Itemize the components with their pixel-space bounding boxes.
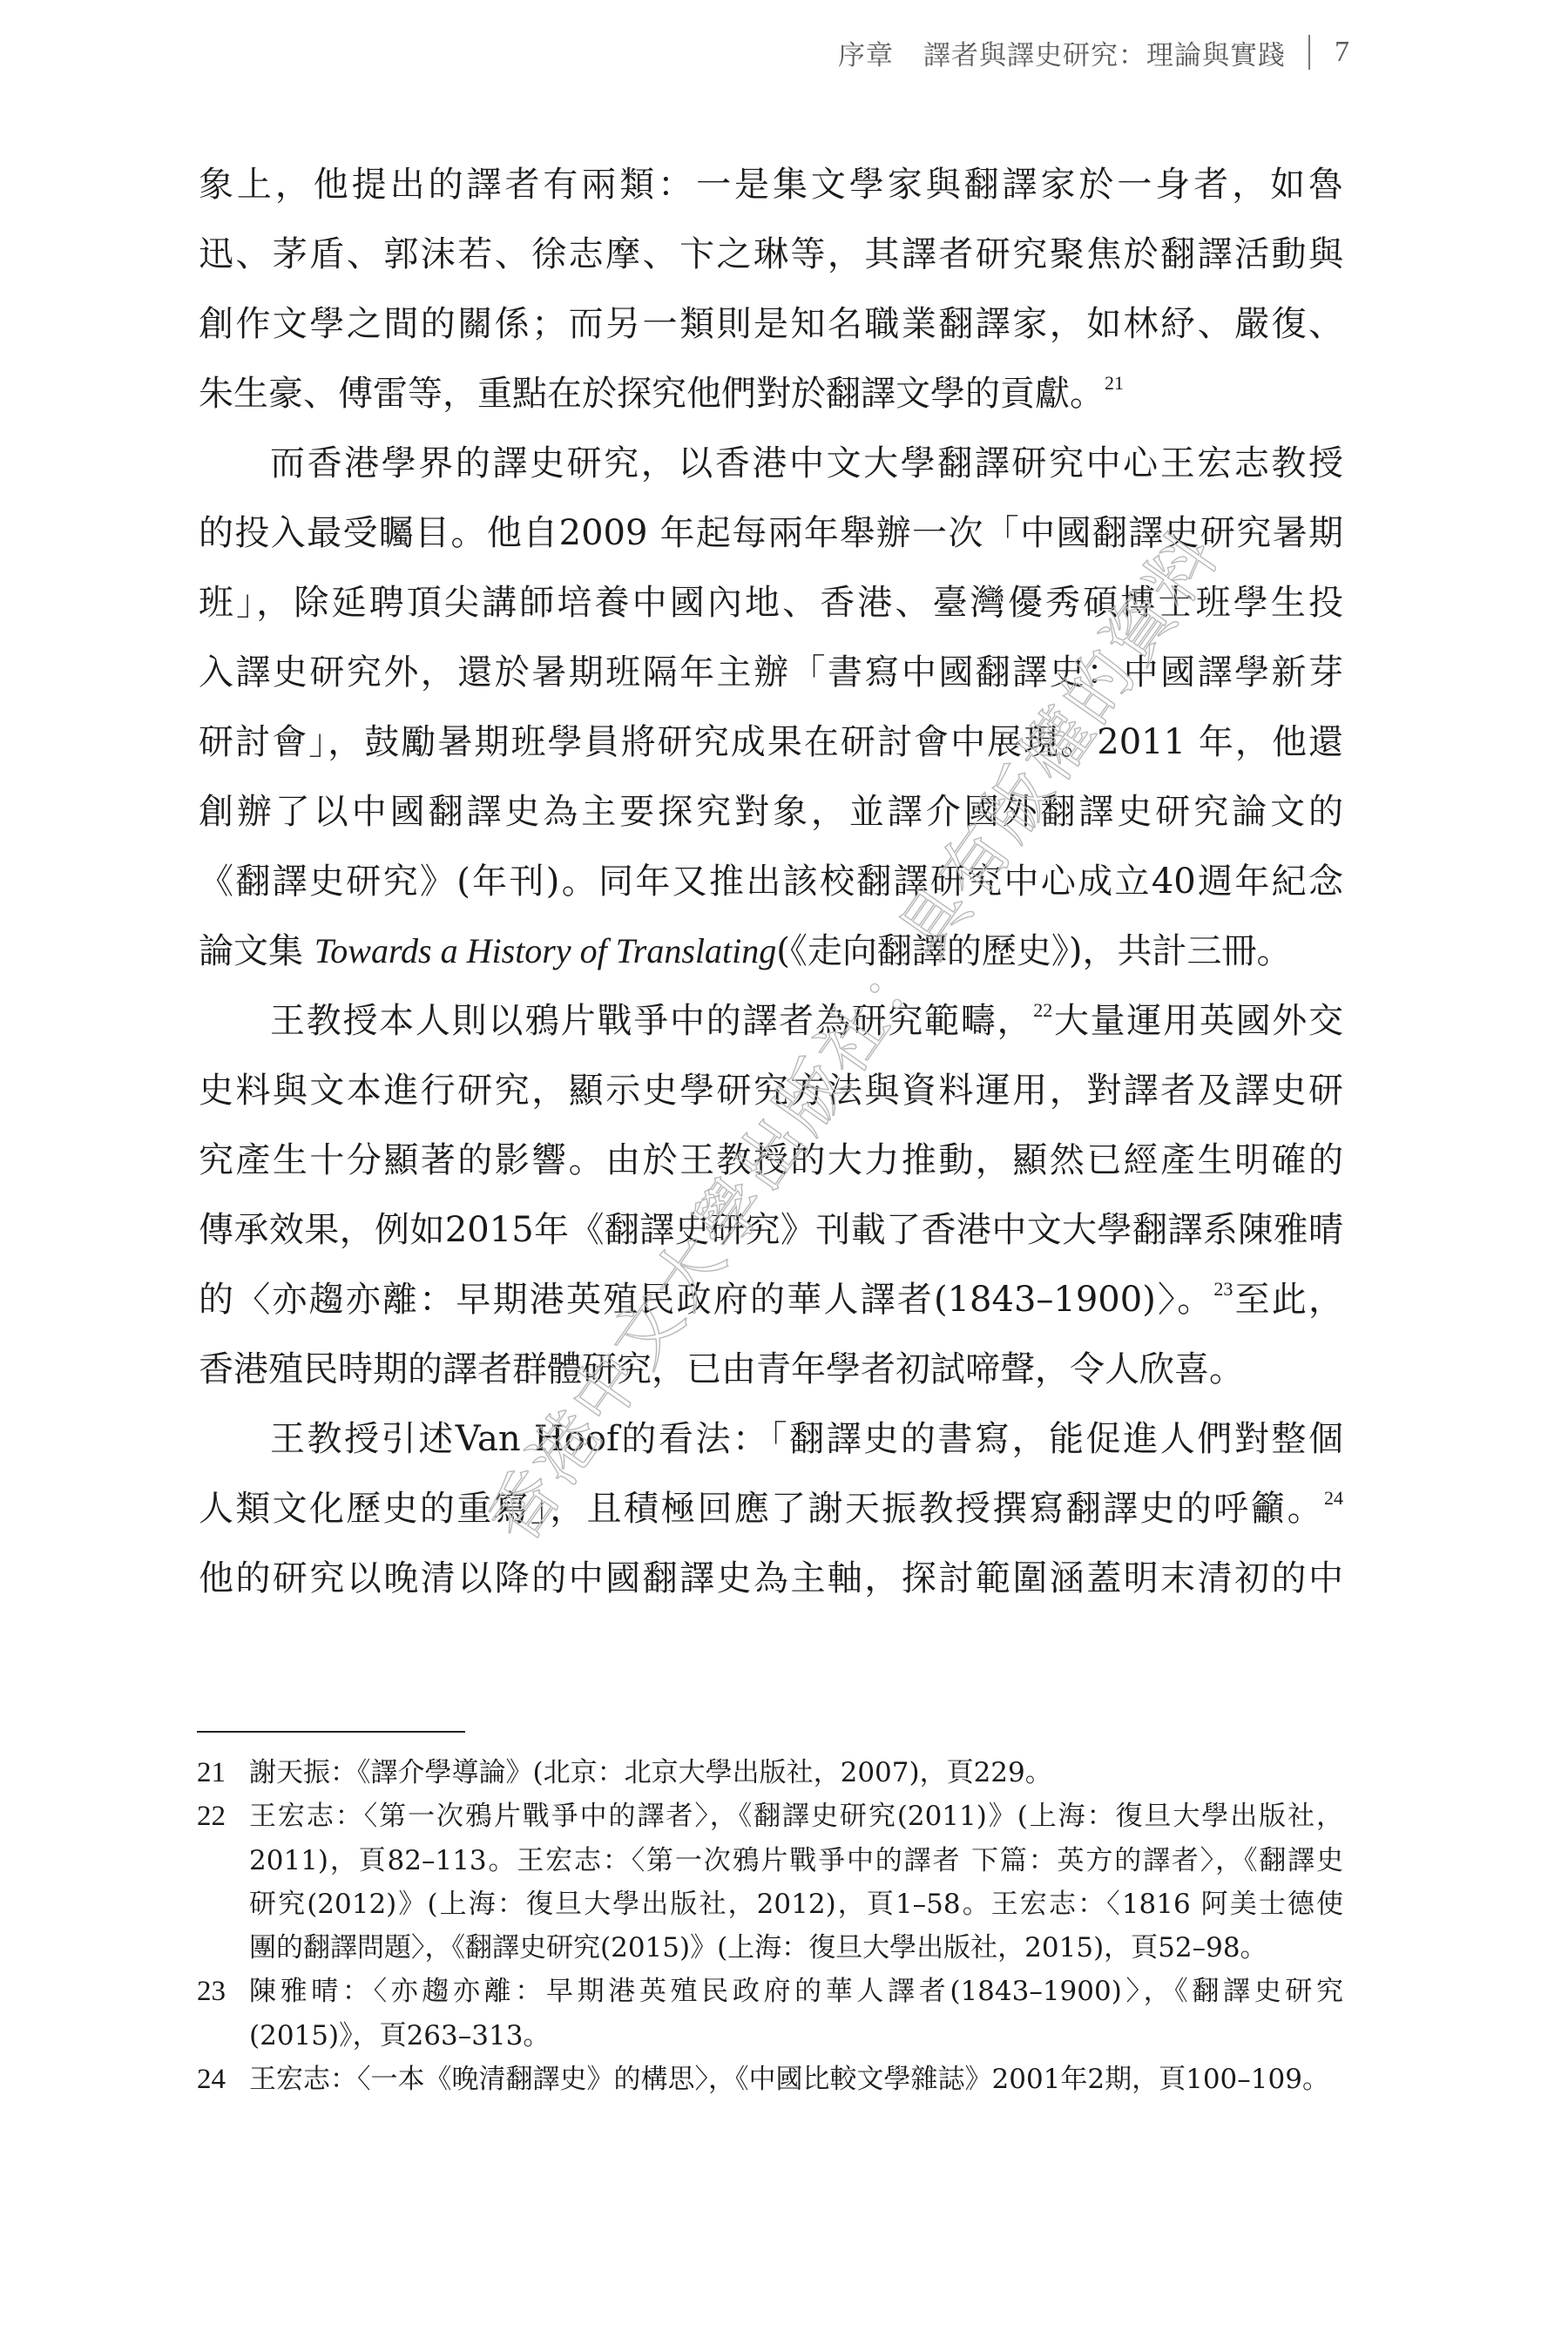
body-line-text: 史料與文本進行研究，顯示史學研究方法與資料運用，對譯者及譯史研 (199, 1071, 1343, 1111)
footnote-text: 團的翻譯問題〉，《翻譯史研究(2015)》(上海：復旦大學出版社，2015)，頁… (249, 1926, 1343, 1970)
running-head-chapter: 序章 (838, 33, 894, 72)
body-line: 香港殖民時期的譯者群體研究，已由青年學者初試啼聲，令人欣喜。 (199, 1335, 1343, 1404)
body-line: 創辦了以中國翻譯史為主要探究對象，並譯介國外翻譯史研究論文的 (199, 777, 1343, 847)
body-line: 研討會」，鼓勵暑期班學員將研究成果在研討會中展現。2011 年，他還 (199, 707, 1343, 777)
body-line: 班」，除延聘頂尖講師培養中國內地、香港、臺灣優秀碩博士班學生投 (199, 568, 1343, 638)
footnote-number: 21 (197, 1751, 240, 1794)
body-line-text: 至此， (1233, 1280, 1343, 1320)
footnote-text: (2015)》，頁263–313。 (249, 2014, 1343, 2058)
body-line-text: 朱生豪、傅雷等，重點在於探究他們對於翻譯文學的貢獻。 (199, 374, 1105, 414)
body-line-text: 研討會」，鼓勵暑期班學員將研究成果在研討會中展現。2011 年，他還 (199, 722, 1343, 762)
body-line-text: 王教授本人則以鴉片戰爭中的譯者為研究範疇， (270, 1001, 1033, 1041)
body-line-text: 創辦了以中國翻譯史為主要探究對象，並譯介國外翻譯史研究論文的 (199, 792, 1343, 832)
body-line: 迅、茅盾、郭沫若、徐志摩、卞之琳等，其譯者研究聚焦於翻譯活動與 (199, 220, 1343, 289)
footnote-text: 王宏志：〈一本《晚清翻譯史》的構思〉，《中國比較文學雜誌》2001年2期，頁10… (249, 2058, 1343, 2101)
footnotes: 21謝天振：《譯介學導論》(北京：北京大學出版社，2007)，頁229。22王宏… (197, 1751, 1343, 2101)
body-line-text: 《翻譯史研究》(年刊)。同年又推出該校翻譯研究中心成立40週年紀念 (199, 862, 1343, 902)
running-head-divider (1308, 35, 1310, 70)
body-line: 入譯史研究外，還於暑期班隔年主辦「書寫中國翻譯史：中國譯學新芽 (199, 638, 1343, 707)
footnote-number: 24 (197, 2058, 240, 2101)
body-line-text: 的〈亦趨亦離：早期港英殖民政府的華人譯者(1843–1900)〉。 (199, 1280, 1213, 1320)
body-line: 朱生豪、傅雷等，重點在於探究他們對於翻譯文學的貢獻。21 (199, 359, 1343, 429)
body-line-text: 論文集 (199, 931, 314, 971)
body-line-text: (《走向翻譯的歷史》)，共計三冊。 (776, 931, 1291, 971)
body-line: 他的研究以晚清以降的中國翻譯史為主軸，探討範圍涵蓋明末清初的中 (199, 1544, 1343, 1613)
body-line: 王教授引述Van Hoof的看法：「翻譯史的書寫，能促進人們對整個 (199, 1404, 1343, 1474)
body-line: 究產生十分顯著的影響。由於王教授的大力推動，顯然已經產生明確的 (199, 1125, 1343, 1195)
footnote-text: 陳雅晴：〈亦趨亦離：早期港英殖民政府的華人譯者(1843–1900)〉，《翻譯史… (249, 1970, 1343, 2013)
body-text: 象上，他提出的譯者有兩類：一是集文學家與翻譯家於一身者，如魯迅、茅盾、郭沫若、徐… (199, 150, 1343, 1613)
footnote-ref[interactable]: 23 (1213, 1278, 1233, 1300)
body-line: 象上，他提出的譯者有兩類：一是集文學家與翻譯家於一身者，如魯 (199, 150, 1343, 220)
body-line: 的〈亦趨亦離：早期港英殖民政府的華人譯者(1843–1900)〉。23至此， (199, 1265, 1343, 1335)
running-head: 序章 譯者與譯史研究：理論與實踐 7 (838, 33, 1350, 71)
body-line: 王教授本人則以鴉片戰爭中的譯者為研究範疇，22大量運用英國外交 (199, 986, 1343, 1056)
body-line-text: 大量運用英國外交 (1052, 1001, 1343, 1041)
book-title-italic: Towards a History of Translating (314, 931, 777, 970)
footnote-21: 21謝天振：《譯介學導論》(北京：北京大學出版社，2007)，頁229。 (197, 1751, 1343, 1794)
body-line: 《翻譯史研究》(年刊)。同年又推出該校翻譯研究中心成立40週年紀念 (199, 847, 1343, 916)
footnote-text: 研究(2012)》(上海：復旦大學出版社，2012)，頁1–58。王宏志：〈18… (249, 1882, 1343, 1926)
body-line: 傳承效果，例如2015年《翻譯史研究》刊載了香港中文大學翻譯系陳雅晴 (199, 1195, 1343, 1265)
body-line-text: 迅、茅盾、郭沫若、徐志摩、卞之琳等，其譯者研究聚焦於翻譯活動與 (199, 234, 1343, 274)
body-line-text: 王教授引述Van Hoof的看法：「翻譯史的書寫，能促進人們對整個 (270, 1419, 1343, 1459)
body-line-text: 班」，除延聘頂尖講師培養中國內地、香港、臺灣優秀碩博士班學生投 (199, 583, 1343, 623)
footnote-ref[interactable]: 21 (1105, 372, 1124, 394)
body-line-text: 香港殖民時期的譯者群體研究，已由青年學者初試啼聲，令人欣喜。 (199, 1349, 1244, 1389)
footnote-text: 王宏志：〈第一次鴉片戰爭中的譯者〉，《翻譯史研究(2011)》(上海：復旦大學出… (249, 1794, 1343, 1838)
running-head-title: 譯者與譯史研究：理論與實踐 (923, 33, 1286, 72)
footnote-rule (197, 1731, 465, 1733)
page-number: 7 (1335, 36, 1350, 69)
body-line-text: 傳承效果，例如2015年《翻譯史研究》刊載了香港中文大學翻譯系陳雅晴 (199, 1210, 1343, 1250)
footnote-number: 23 (197, 1970, 240, 2013)
footnote-23: 23陳雅晴：〈亦趨亦離：早期港英殖民政府的華人譯者(1843–1900)〉，《翻… (197, 1970, 1343, 2058)
body-line: 創作文學之間的關係；而另一類則是知名職業翻譯家，如林紓、嚴復、 (199, 289, 1343, 359)
body-line-text: 人類文化歷史的重寫」，且積極回應了謝天振教授撰寫翻譯史的呼籲。 (199, 1489, 1324, 1529)
footnote-ref[interactable]: 22 (1033, 999, 1052, 1021)
footnote-text: 2011)，頁82–113。王宏志：〈第一次鴉片戰爭中的譯者 下篇：英方的譯者〉… (249, 1839, 1343, 1882)
body-line: 論文集 Towards a History of Translating(《走向… (199, 916, 1343, 986)
body-line-text: 的投入最受矚目。他自2009 年起每兩年舉辦一次「中國翻譯史研究暑期 (199, 513, 1343, 553)
body-line-text: 究產生十分顯著的影響。由於王教授的大力推動，顯然已經產生明確的 (199, 1140, 1343, 1180)
body-line-text: 入譯史研究外，還於暑期班隔年主辦「書寫中國翻譯史：中國譯學新芽 (199, 652, 1343, 693)
body-line: 人類文化歷史的重寫」，且積極回應了謝天振教授撰寫翻譯史的呼籲。24 (199, 1474, 1343, 1544)
footnote-24: 24王宏志：〈一本《晚清翻譯史》的構思〉，《中國比較文學雜誌》2001年2期，頁… (197, 2058, 1343, 2101)
body-line: 的投入最受矚目。他自2009 年起每兩年舉辦一次「中國翻譯史研究暑期 (199, 498, 1343, 568)
body-line: 史料與文本進行研究，顯示史學研究方法與資料運用，對譯者及譯史研 (199, 1056, 1343, 1125)
body-line: 而香港學界的譯史研究，以香港中文大學翻譯研究中心王宏志教授 (199, 429, 1343, 498)
body-line-text: 象上，他提出的譯者有兩類：一是集文學家與翻譯家於一身者，如魯 (199, 165, 1343, 205)
footnote-text: 謝天振：《譯介學導論》(北京：北京大學出版社，2007)，頁229。 (249, 1751, 1343, 1794)
footnote-number: 22 (197, 1794, 240, 1838)
body-line-text: 他的研究以晚清以降的中國翻譯史為主軸，探討範圍涵蓋明末清初的中 (199, 1558, 1343, 1598)
footnote-22: 22王宏志：〈第一次鴉片戰爭中的譯者〉，《翻譯史研究(2011)》(上海：復旦大… (197, 1794, 1343, 1970)
body-line-text: 而香港學界的譯史研究，以香港中文大學翻譯研究中心王宏志教授 (270, 443, 1343, 483)
body-line-text: 創作文學之間的關係；而另一類則是知名職業翻譯家，如林紓、嚴復、 (199, 304, 1343, 344)
footnote-ref[interactable]: 24 (1324, 1487, 1343, 1509)
